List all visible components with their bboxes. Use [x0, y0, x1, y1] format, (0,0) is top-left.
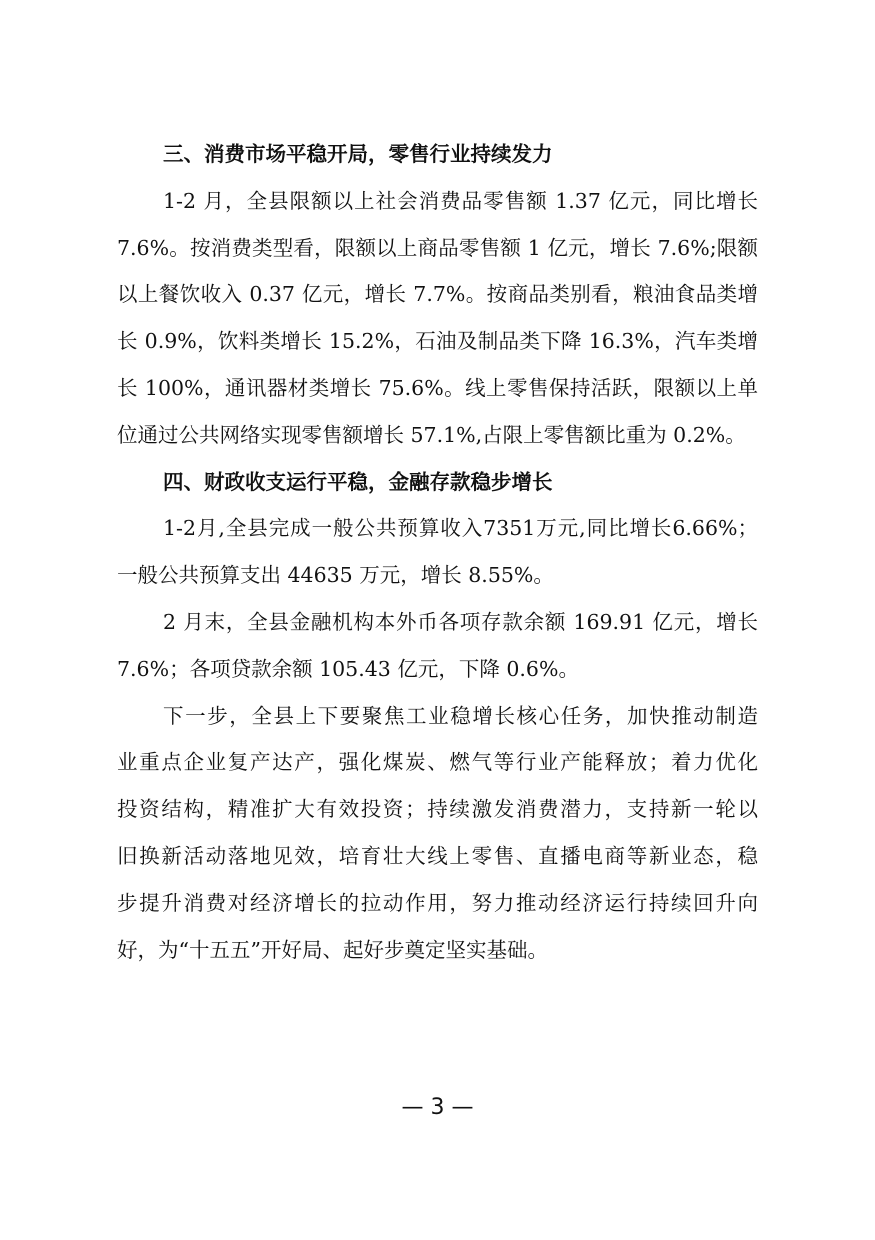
text-line: 旧换新活动落地见效，培育壮大线上零售、直播电商等新业态，稳 [117, 833, 758, 880]
paragraph-fiscal: 1-2月,全县完成一般公共预算收入7351万元,同比增长6.66%； 一般公共预… [117, 505, 758, 599]
section-heading-consumption: 三、消费市场平稳开局，零售行业持续发力 [117, 131, 758, 178]
text-line: 长 0.9%，饮料类增长 15.2%，石油及制品类下降 16.3%，汽车类增 [117, 318, 758, 365]
text-line: 投资结构，精准扩大有效投资；持续激发消费潜力，支持新一轮以 [117, 786, 758, 833]
text-line: 下一步，全县上下要聚焦工业稳增长核心任务，加快推动制造 [117, 693, 758, 740]
text-line: 以上餐饮收入 0.37 亿元，增长 7.7%。按商品类别看，粮油食品类增 [117, 271, 758, 318]
text-line: 步提升消费对经济增长的拉动作用，努力推动经济运行持续回升向 [117, 880, 758, 927]
text-line: 好，为“十五五”开好局、起好步奠定坚实基础。 [117, 927, 758, 974]
text-line: 长 100%，通讯器材类增长 75.6%。线上零售保持活跃，限额以上单 [117, 365, 758, 412]
text-line: 1-2 月，全县限额以上社会消费品零售额 1.37 亿元，同比增长 [117, 178, 758, 225]
text-line: 一般公共预算支出 44635 万元，增长 8.55%。 [117, 552, 758, 599]
text-line: 2 月末，全县金融机构本外币各项存款余额 169.91 亿元，增长 [117, 599, 758, 646]
paragraph-deposits: 2 月末，全县金融机构本外币各项存款余额 169.91 亿元，增长 7.6%；各… [117, 599, 758, 693]
text-line: 7.6%；各项贷款余额 105.43 亿元，下降 0.6%。 [117, 646, 758, 693]
paragraph-consumption: 1-2 月，全县限额以上社会消费品零售额 1.37 亿元，同比增长 7.6%。按… [117, 178, 758, 459]
section-heading-finance: 四、财政收支运行平稳，金融存款稳步增长 [117, 459, 758, 506]
text-line: 7.6%。按消费类型看，限额以上商品零售额 1 亿元，增长 7.6%;限额 [117, 225, 758, 272]
text-line: 位通过公共网络实现零售额增长 57.1%,占限上零售额比重为 0.2%。 [117, 412, 758, 459]
text-line: 1-2月,全县完成一般公共预算收入7351万元,同比增长6.66%； [117, 505, 758, 552]
paragraph-next-steps: 下一步，全县上下要聚焦工业稳增长核心任务，加快推动制造 业重点企业复产达产，强化… [117, 693, 758, 974]
text-line: 业重点企业复产达产，强化煤炭、燃气等行业产能释放；着力优化 [117, 739, 758, 786]
document-page: 三、消费市场平稳开局，零售行业持续发力 1-2 月，全县限额以上社会消费品零售额… [117, 131, 758, 973]
page-number: — 3 — [0, 1090, 875, 1126]
